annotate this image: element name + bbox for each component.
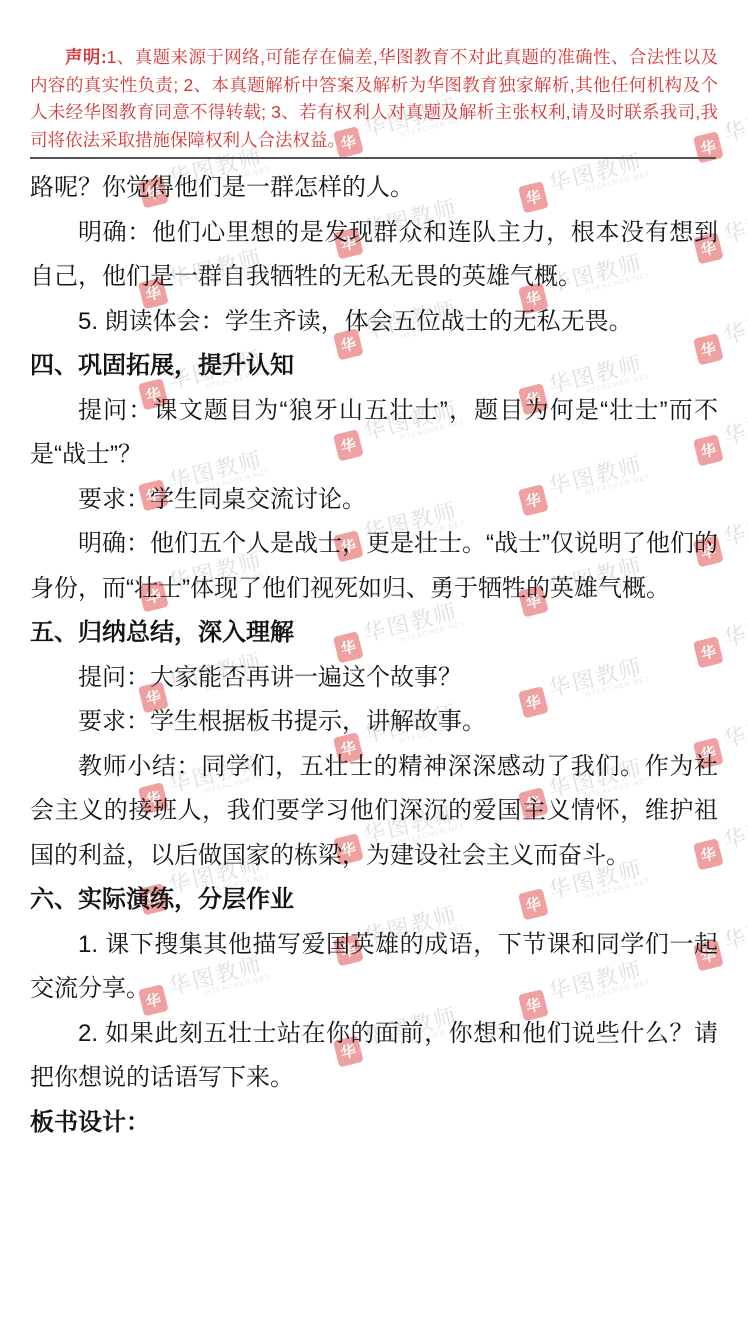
section-heading: 五、归纳总结，深入理解 (30, 611, 718, 656)
watermark-text: 华图教师 (721, 907, 748, 953)
watermark-text: 华图教师 (721, 503, 748, 549)
paragraph: 路呢？你觉得他们是一群怎样的人。 (30, 166, 718, 211)
paragraph: 教师小结：同学们，五壮士的精神深深感动了我们。作为社会主义的接班人，我们要学习他… (30, 745, 718, 879)
paragraph: 提问：课文题目为“狼牙山五壮士”，题目为何是“壮士”而不是“战士”？ (30, 389, 718, 478)
paragraph: 要求：学生同桌交流讨论。 (30, 478, 718, 523)
watermark-text: 华图教师 (721, 402, 748, 448)
disclaimer-body: 1、真题来源于网络,可能存在偏差,华图教育不对此真题的准确性、合法性以及内容的真… (30, 47, 718, 150)
paragraph: 明确：他们心里想的是发现群众和连队主力，根本没有想到自己，他们是一群自我牺牲的无… (30, 211, 718, 300)
paragraph: 5. 朗读体会：学生齐读，体会五位战士的无私无畏。 (30, 300, 718, 345)
watermark-text: 华图教师 (721, 705, 748, 751)
disclaimer-text: 声明:1、真题来源于网络,可能存在偏差,华图教育不对此真题的准确性、合法性以及内… (30, 44, 718, 154)
watermark-text: 华图教师 (721, 301, 748, 347)
section-heading: 四、巩固拓展，提升认知 (30, 344, 718, 389)
paragraph: 提问：大家能否再讲一遍这个故事？ (30, 656, 718, 701)
section-heading: 六、实际演练，分层作业 (30, 878, 718, 923)
paragraph: 2. 如果此刻五壮士站在你的面前，你想和他们说些什么？请把你想说的话语写下来。 (30, 1012, 718, 1101)
paragraph: 明确：他们五个人是战士，更是壮士。“战士”仅说明了他们的身份，而“壮士”体现了他… (30, 522, 718, 611)
document-body: 路呢？你觉得他们是一群怎样的人。明确：他们心里想的是发现群众和连队主力，根本没有… (30, 166, 718, 1145)
watermark-text: 华图教师 (721, 806, 748, 852)
watermark-text: 华图教师 (721, 99, 748, 145)
paragraph: 要求：学生根据板书提示，讲解故事。 (30, 700, 718, 745)
watermark-text: 华图教师 (721, 200, 748, 246)
watermark-text: 华图教师 (721, 604, 748, 650)
paragraph: 1. 课下搜集其他描写爱国英雄的成语，下节课和同学们一起交流分享。 (30, 923, 718, 1012)
disclaimer-prefix: 声明: (65, 47, 107, 67)
divider-line (30, 157, 716, 159)
section-heading: 板书设计： (30, 1101, 718, 1146)
